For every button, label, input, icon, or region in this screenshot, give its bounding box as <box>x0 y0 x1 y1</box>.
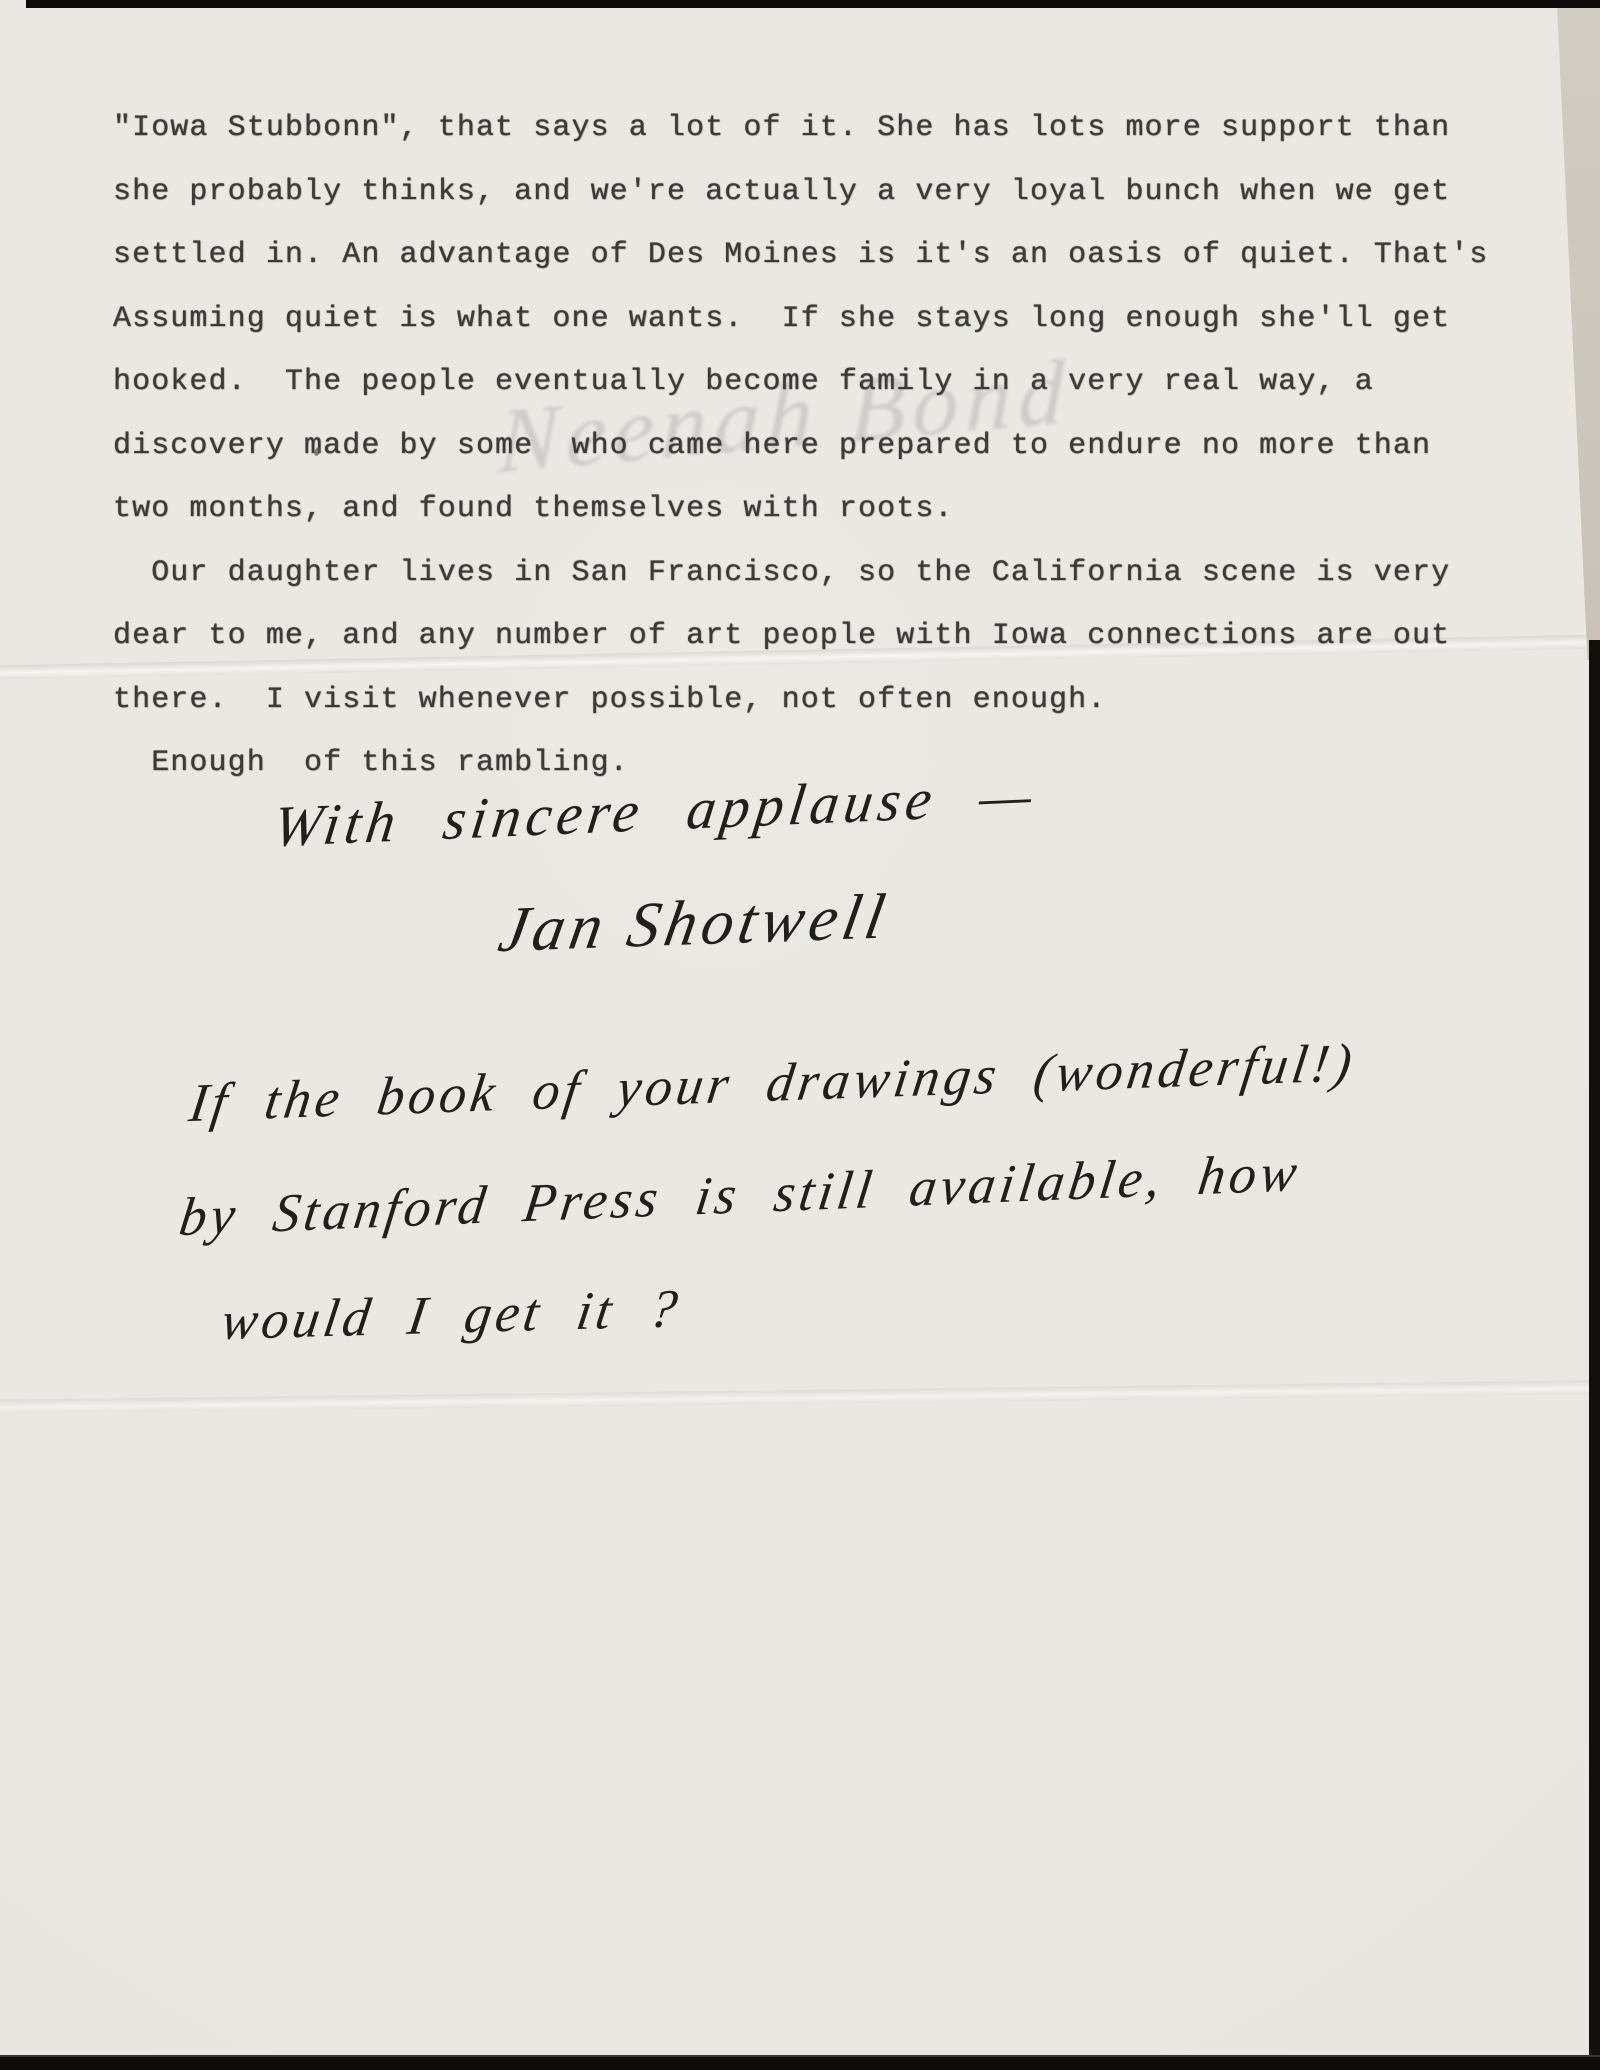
typed-body: "Iowa Stubbonn", that says a lot of it. … <box>113 97 1488 796</box>
scan-border-bottom <box>0 2055 1600 2070</box>
typed-line: Assuming quiet is what one wants. If she… <box>113 288 1488 352</box>
typed-line: Our daughter lives in San Francisco, so … <box>113 542 1488 606</box>
typed-line: settled in. An advantage of Des Moines i… <box>113 224 1488 288</box>
fold-crease-lower <box>0 1380 1600 1414</box>
typed-line: discovery made by some who came here pre… <box>113 415 1488 479</box>
typed-line: dear to me, and any number of art people… <box>113 605 1488 669</box>
postscript-line-1: If the book of your drawings (wonderful!… <box>186 1031 1360 1134</box>
letter-page: Neenah Bond "Iowa Stubbonn", that says a… <box>0 0 1600 2070</box>
scan-background-right-edge <box>1552 0 1600 660</box>
typed-line: two months, and found themselves with ro… <box>113 478 1488 542</box>
typed-line: there. I visit whenever possible, not of… <box>113 669 1488 733</box>
scanned-letter-image: Neenah Bond "Iowa Stubbonn", that says a… <box>0 0 1600 2070</box>
typed-line: hooked. The people eventually become fam… <box>113 351 1488 415</box>
scan-border-top <box>26 0 1600 8</box>
typed-line: "Iowa Stubbonn", that says a lot of it. … <box>113 97 1488 161</box>
handwritten-signature: Jan Shotwell <box>493 879 895 967</box>
scan-border-right <box>1589 640 1600 2070</box>
postscript-line-2: by Stanford Press is still available, ho… <box>176 1141 1305 1248</box>
typed-line: she probably thinks, and we're actually … <box>113 161 1488 225</box>
postscript-line-3: would I get it ? <box>217 1277 685 1352</box>
